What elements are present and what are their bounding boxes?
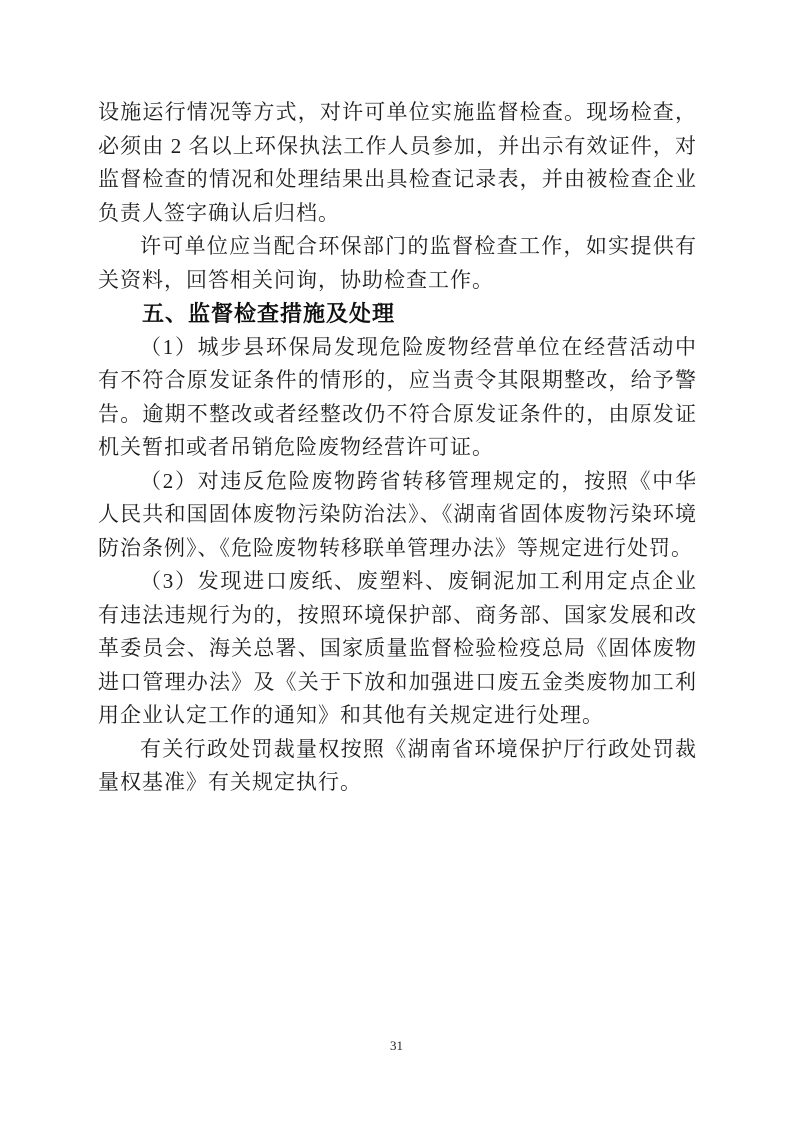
paragraph-inspection-methods: 设施运行情况等方式，对许可单位实施监督检查。现场检查，必须由 2 名以上环保执法… [98, 96, 697, 230]
paragraph-discretion-rule: 有关行政处罚裁量权按照《湖南省环境保护厅行政处罚裁量权基准》有关规定执行。 [98, 733, 697, 800]
paragraph-clause-3: （3）发现进口废纸、废塑料、废铜泥加工利用定点企业有违法违规行为的，按照环境保护… [98, 565, 697, 733]
document-page: 设施运行情况等方式，对许可单位实施监督检查。现场检查，必须由 2 名以上环保执法… [0, 0, 793, 1122]
paragraph-cooperation-duty: 许可单位应当配合环保部门的监督检查工作，如实提供有关资料，回答相关问询，协助检查… [98, 230, 697, 297]
paragraph-clause-2: （2）对违反危险废物跨省转移管理规定的，按照《中华人民共和国固体废物污染防治法》… [98, 465, 697, 566]
document-body: 设施运行情况等方式，对许可单位实施监督检查。现场检查，必须由 2 名以上环保执法… [98, 96, 697, 800]
section-heading: 五、监督检查措施及处理 [98, 297, 697, 331]
page-number: 31 [0, 1038, 793, 1054]
paragraph-clause-1: （1）城步县环保局发现危险废物经营单位在经营活动中有不符合原发证条件的情形的，应… [98, 331, 697, 465]
